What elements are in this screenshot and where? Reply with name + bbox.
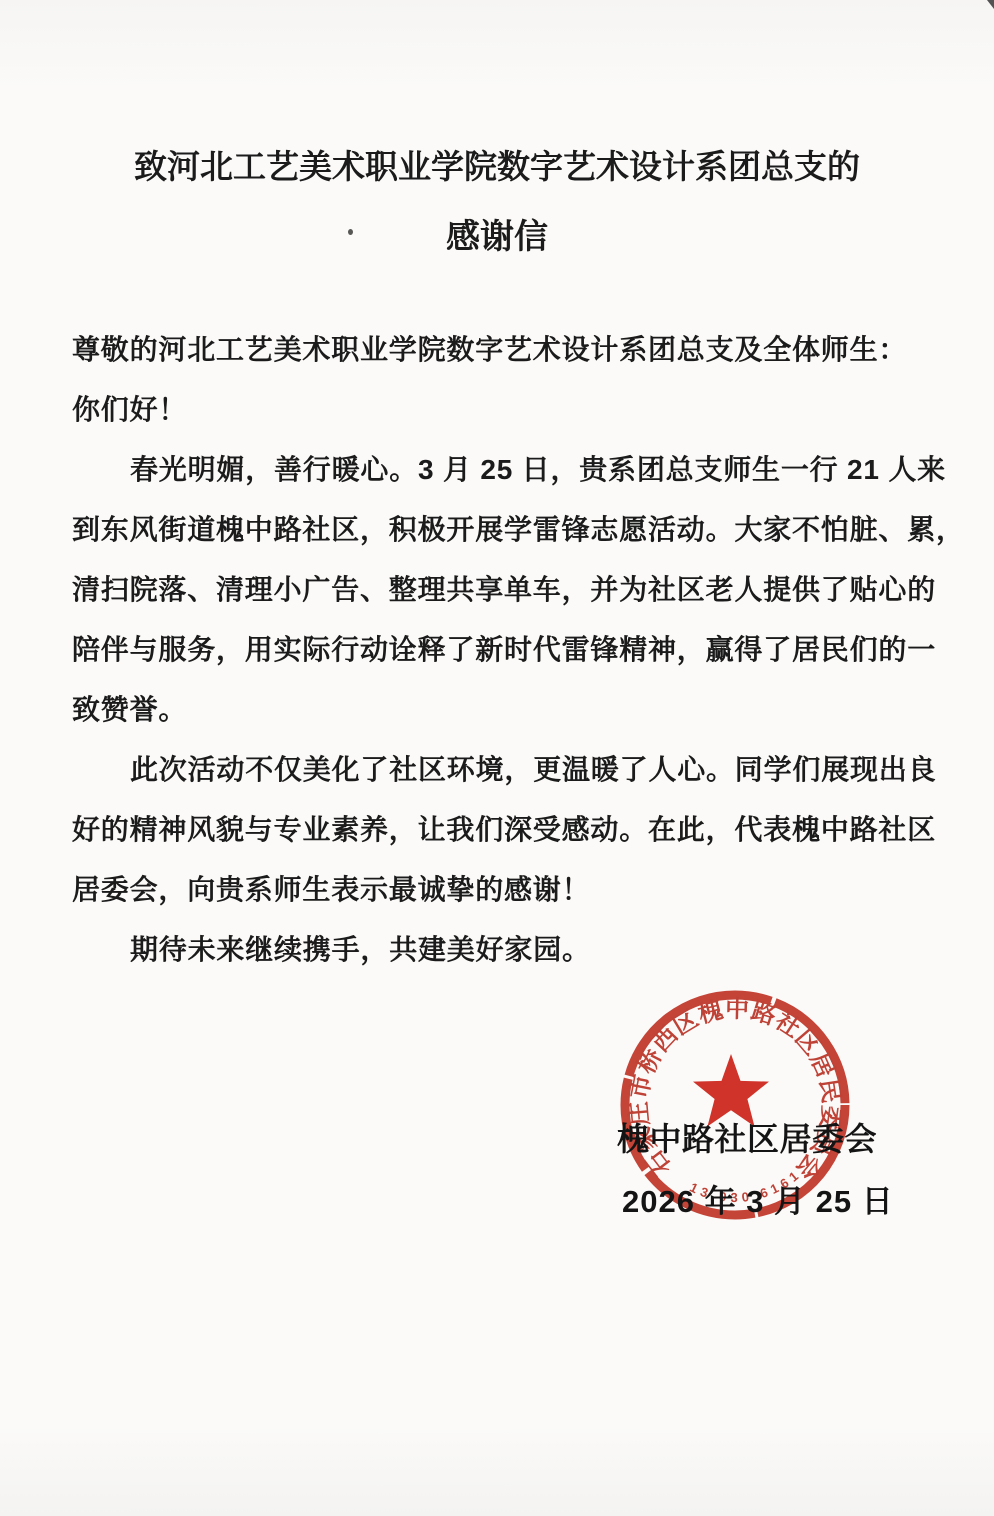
letter-title-line1: 致河北工艺美术职业学院数字艺术设计系团总支的	[0, 141, 994, 188]
body-line: 此次活动不仅美化了社区环境，更温暖了人心。同学们展现出良	[72, 738, 932, 798]
signature-date: 2026 年 3 月 25 日	[622, 1176, 894, 1221]
closing-line: 期待未来继续携手，共建美好家园。	[72, 918, 932, 978]
thank-you-letter-page: 致河北工艺美术职业学院数字艺术设计系团总支的 感谢信 尊敬的河北工艺美术职业学院…	[0, 0, 994, 1516]
body-line: 到东风街道槐中路社区，积极开展学雷锋志愿活动。大家不怕脏、累，	[72, 498, 932, 558]
body-line: 居委会，向贵系师生表示最诚挚的感谢！	[72, 858, 932, 918]
scan-corner-artifact	[987, 0, 994, 9]
body-line: 致赞誉。	[72, 678, 932, 738]
letter-body: 尊敬的河北工艺美术职业学院数字艺术设计系团总支及全体师生： 你们好！ 春光明媚，…	[72, 318, 932, 978]
letter-title-line2: 感谢信	[0, 209, 994, 258]
body-line: 好的精神风貌与专业素养，让我们深受感动。在此，代表槐中路社区	[72, 798, 932, 858]
body-line: 春光明媚，善行暖心。3 月 25 日，贵系团总支师生一行 21 人来	[72, 438, 932, 498]
body-line: 陪伴与服务，用实际行动诠释了新时代雷锋精神，赢得了居民们的一	[72, 618, 932, 678]
greeting-line: 你们好！	[72, 378, 932, 438]
signature-org-name: 槐中路社区居委会	[617, 1114, 877, 1160]
body-line: 清扫院落、清理小广告、整理共享单车，并为社区老人提供了贴心的	[72, 558, 932, 618]
salutation-line: 尊敬的河北工艺美术职业学院数字艺术设计系团总支及全体师生：	[72, 318, 932, 378]
